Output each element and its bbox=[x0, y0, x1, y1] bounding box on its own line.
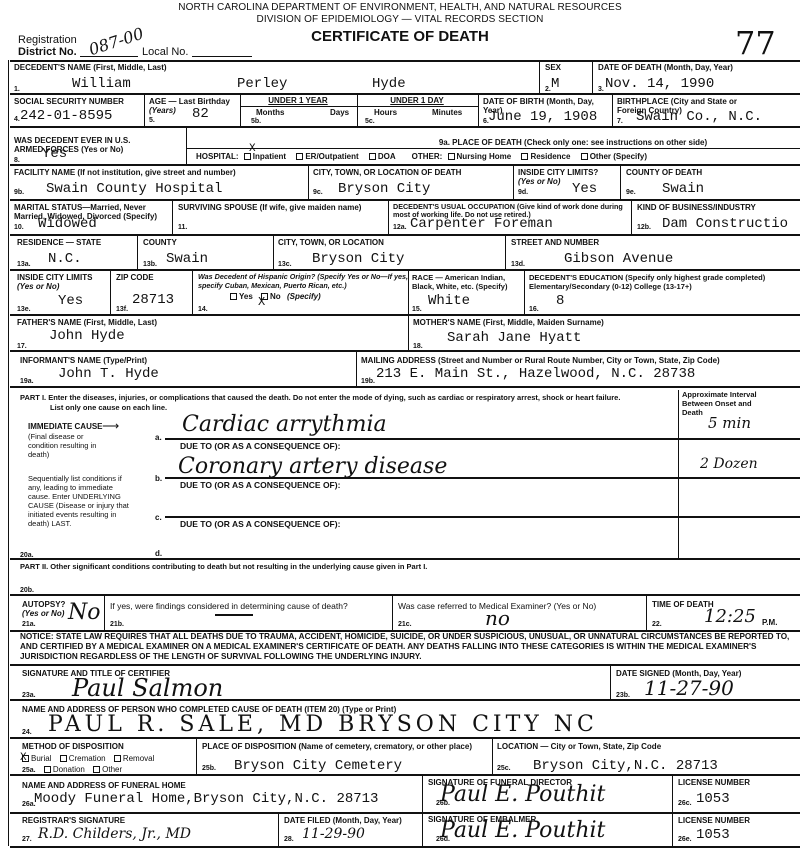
disposition-place-num: 25b. bbox=[202, 765, 216, 772]
date-filed-num: 28. bbox=[284, 836, 294, 843]
burial-mark: X bbox=[20, 752, 27, 764]
months-num: 5b. bbox=[251, 118, 261, 125]
date-filed-value[interactable]: 11-29-90 bbox=[302, 826, 365, 842]
divider bbox=[356, 350, 357, 386]
frame-bottom bbox=[10, 846, 800, 848]
industry-label: KIND OF BUSINESS/INDUSTRY bbox=[637, 203, 756, 212]
location-num: 25c. bbox=[497, 765, 511, 772]
row-line bbox=[10, 164, 800, 166]
frame-top bbox=[10, 60, 800, 62]
birthplace-num: 7. bbox=[617, 118, 623, 125]
inside-limits-value[interactable]: Yes bbox=[572, 181, 597, 197]
due-to-b: DUE TO (OR AS A CONSEQUENCE OF): bbox=[180, 481, 340, 490]
days-label: Days bbox=[330, 108, 349, 117]
row-line bbox=[10, 737, 800, 739]
donation-checkbox[interactable] bbox=[44, 766, 51, 773]
inside-limits-sub: (Yes or No) bbox=[518, 177, 560, 186]
row-line bbox=[10, 126, 800, 128]
method-num: 25a. bbox=[22, 767, 36, 774]
inside-limits-num: 9d. bbox=[518, 189, 528, 196]
location-value[interactable]: Bryson City,N.C. 28713 bbox=[533, 758, 718, 774]
industry-value[interactable]: Dam Constructio bbox=[662, 216, 788, 232]
sequential-text: Sequentially list conditions if any, lea… bbox=[28, 474, 133, 528]
father-label: FATHER'S NAME (First, Middle, Last) bbox=[17, 318, 157, 327]
referred-num: 21c. bbox=[398, 621, 412, 628]
date-signed-value[interactable]: 11-27-90 bbox=[644, 676, 734, 700]
director-license-value[interactable]: 1053 bbox=[696, 791, 730, 807]
zip-value[interactable]: 28713 bbox=[132, 292, 174, 308]
autopsy-label: AUTOPSY? bbox=[22, 600, 65, 609]
age-value[interactable]: 82 bbox=[192, 106, 209, 122]
divider bbox=[273, 234, 274, 269]
middle-name[interactable]: Perley bbox=[237, 76, 287, 92]
under-1-day-label: UNDER 1 DAY bbox=[357, 96, 477, 105]
dod-label: DATE OF DEATH (Month, Day, Year) bbox=[598, 63, 733, 72]
cremation-label: Cremation bbox=[69, 754, 106, 763]
registrar-label: REGISTRAR'S SIGNATURE bbox=[22, 816, 125, 825]
removal-label: Removal bbox=[123, 754, 155, 763]
disposition-place-label: PLACE OF DISPOSITION (Name of cemetery, … bbox=[202, 742, 472, 751]
informant-value[interactable]: John T. Hyde bbox=[58, 366, 159, 382]
divider bbox=[388, 199, 389, 234]
inpatient-label: Inpatient bbox=[253, 152, 286, 161]
handwritten-number: 77 bbox=[735, 24, 776, 62]
autopsy-value[interactable]: No bbox=[68, 600, 101, 625]
education-num: 16. bbox=[529, 306, 539, 313]
res-limits-num: 13e. bbox=[17, 306, 31, 313]
divider bbox=[478, 93, 479, 126]
embalmer-signature[interactable]: Paul E. Pouthit bbox=[440, 818, 605, 843]
line-b-letter: b. bbox=[155, 474, 162, 483]
divider bbox=[408, 269, 409, 314]
inpatient-mark: X bbox=[249, 143, 256, 155]
first-name[interactable]: William bbox=[72, 76, 131, 92]
age-num: 5. bbox=[149, 117, 155, 124]
time-value[interactable]: 12:25 bbox=[704, 606, 756, 627]
mailing-value[interactable]: 213 E. Main St., Hazelwood, N.C. 28738 bbox=[376, 366, 695, 382]
facility-num: 9b. bbox=[14, 189, 24, 196]
education-value[interactable]: 8 bbox=[556, 293, 564, 309]
race-value[interactable]: White bbox=[428, 293, 470, 309]
findings-label: If yes, were findings considered in dete… bbox=[110, 602, 348, 611]
residence-label: Residence bbox=[530, 152, 570, 161]
divider bbox=[196, 737, 197, 774]
marital-num: 10. bbox=[14, 224, 24, 231]
divider bbox=[192, 269, 193, 314]
city-death-num: 9c. bbox=[313, 189, 323, 196]
time-num: 22. bbox=[652, 621, 662, 628]
agency-line-2: DIVISION OF EPIDEMIOLOGY — VITAL RECORDS… bbox=[0, 14, 800, 25]
doa-checkbox[interactable] bbox=[369, 153, 376, 160]
divider bbox=[631, 199, 632, 234]
row-line bbox=[10, 386, 800, 388]
director-license-label: LICENSE NUMBER bbox=[678, 778, 750, 787]
line-a-rule bbox=[165, 438, 800, 440]
date-filed-label: DATE FILED (Month, Day, Year) bbox=[284, 816, 402, 825]
divider bbox=[172, 199, 173, 234]
ssn-num: 4. bbox=[14, 116, 20, 123]
num-20b: 20b. bbox=[20, 587, 34, 594]
divider bbox=[104, 594, 105, 630]
city-death-label: CITY, TOWN, OR LOCATION OF DEATH bbox=[313, 168, 461, 177]
row-line bbox=[10, 812, 800, 814]
divider bbox=[620, 164, 621, 199]
autopsy-num: 21a. bbox=[22, 621, 36, 628]
hours-num: 5c. bbox=[365, 118, 375, 125]
ssn-label: SOCIAL SECURITY NUMBER bbox=[14, 97, 124, 106]
under-1-year-label: UNDER 1 YEAR bbox=[240, 96, 356, 105]
date-signed-num: 23b. bbox=[616, 692, 630, 699]
res-street-label: STREET AND NUMBER bbox=[511, 238, 599, 247]
mother-value[interactable]: Sarah Jane Hyatt bbox=[447, 330, 581, 346]
er-label: ER/Outpatient bbox=[305, 152, 358, 161]
county-death-value[interactable]: Swain bbox=[662, 181, 704, 197]
facility-label: FACILITY NAME (If not institution, give … bbox=[14, 168, 236, 177]
hospital-label: HOSPITAL: bbox=[196, 152, 239, 161]
county-death-label: COUNTY OF DEATH bbox=[626, 168, 702, 177]
industry-num: 12b. bbox=[637, 224, 651, 231]
zip-label: ZIP CODE bbox=[116, 273, 154, 282]
divider bbox=[612, 93, 613, 126]
divider bbox=[505, 234, 506, 269]
method-options-row1: Burial Cremation Removal bbox=[22, 754, 154, 763]
inside-limits-label: INSIDE CITY LIMITS? bbox=[518, 168, 598, 177]
other-specify-label: Other (Specify) bbox=[590, 152, 647, 161]
father-value[interactable]: John Hyde bbox=[49, 328, 125, 344]
row-line bbox=[10, 199, 800, 201]
sex-label: SEX bbox=[545, 63, 561, 72]
divider bbox=[278, 812, 279, 846]
res-city-value[interactable]: Bryson City bbox=[312, 251, 404, 267]
divider bbox=[144, 93, 145, 126]
interval-a[interactable]: 5 min bbox=[708, 414, 751, 432]
line-d-letter: d. bbox=[155, 549, 162, 558]
ssn-value[interactable]: 242-01-8595 bbox=[20, 108, 112, 124]
res-city-label: CITY, TOWN, OR LOCATION bbox=[278, 238, 384, 247]
cause-line-a[interactable]: Cardiac arrythmia bbox=[182, 412, 387, 437]
row-line bbox=[10, 269, 800, 271]
sub-line bbox=[186, 148, 800, 149]
notice-text: NOTICE: STATE LAW REQUIRES THAT ALL DEAT… bbox=[20, 632, 800, 662]
mother-label: MOTHER'S NAME (First, Middle, Maiden Sur… bbox=[413, 318, 604, 327]
res-street-value[interactable]: Gibson Avenue bbox=[564, 251, 673, 267]
immediate-label: IMMEDIATE CAUSE bbox=[28, 422, 103, 431]
res-street-num: 13d. bbox=[511, 261, 525, 268]
doa-label: DOA bbox=[378, 152, 395, 161]
removal-checkbox[interactable] bbox=[114, 755, 121, 762]
part1-text: PART I. Enter the diseases, injuries, or… bbox=[20, 393, 620, 402]
armed-label: WAS DECEDENT EVER IN U.S. ARMED FORCES (… bbox=[14, 136, 154, 154]
district-label: District No. bbox=[18, 46, 77, 58]
city-death-value[interactable]: Bryson City bbox=[338, 181, 430, 197]
district-underline bbox=[80, 56, 138, 57]
other-checkbox[interactable] bbox=[581, 153, 588, 160]
occupation-num: 12a. bbox=[393, 224, 407, 231]
education-label: DECEDENT'S EDUCATION (Specify only highe… bbox=[529, 273, 791, 291]
nursing-label: Nursing Home bbox=[457, 152, 512, 161]
divider bbox=[672, 774, 673, 846]
armed-value[interactable]: Yes bbox=[42, 146, 67, 162]
res-limits-sub: (Yes or No) bbox=[17, 282, 59, 291]
mailing-label: MAILING ADDRESS (Street and Number or Ru… bbox=[361, 356, 720, 365]
res-limits-label: INSIDE CITY LIMITS bbox=[17, 273, 92, 282]
divider bbox=[513, 164, 514, 199]
place-options: HOSPITAL: Inpatient ER/Outpatient DOA OT… bbox=[196, 152, 647, 161]
informant-label: INFORMANT'S NAME (Type/Print) bbox=[20, 356, 147, 365]
location-label: LOCATION — City or Town, State, Zip Code bbox=[497, 742, 661, 751]
row-line bbox=[10, 774, 800, 776]
cause-line-b[interactable]: Coronary artery disease bbox=[178, 454, 447, 479]
hispanic-options: Yes No (Specify) bbox=[230, 292, 321, 301]
father-num: 17. bbox=[17, 343, 27, 350]
sex-value[interactable]: M bbox=[551, 76, 559, 92]
place-label: 9a. PLACE OF DEATH (Check only one: see … bbox=[186, 138, 800, 147]
res-city-num: 13c. bbox=[278, 261, 292, 268]
director-signature[interactable]: Paul E. Pouthit bbox=[440, 782, 605, 807]
dod-value[interactable]: Nov. 14, 1990 bbox=[605, 76, 714, 92]
row-line bbox=[10, 699, 800, 701]
hispanic-label: Was Decedent of Hispanic Origin? (Specif… bbox=[198, 273, 408, 290]
agency-line-1: NORTH CAROLINA DEPARTMENT OF ENVIRONMENT… bbox=[0, 2, 800, 13]
sex-num: 2. bbox=[545, 86, 551, 93]
informant-num: 19a. bbox=[20, 378, 34, 385]
birthplace-value[interactable]: Swain Co., N.C. bbox=[636, 109, 762, 125]
cremation-checkbox[interactable] bbox=[60, 755, 67, 762]
line-a-letter: a. bbox=[155, 433, 162, 442]
method-label: METHOD OF DISPOSITION bbox=[22, 742, 124, 751]
certifier-signature[interactable]: Paul Salmon bbox=[72, 674, 223, 702]
divider bbox=[610, 664, 611, 699]
other-label: OTHER: bbox=[412, 152, 443, 161]
hispanic-no-label: No bbox=[270, 292, 281, 301]
divider bbox=[539, 60, 540, 93]
local-underline[interactable] bbox=[192, 56, 252, 57]
armed-num: 8. bbox=[14, 157, 20, 164]
due-to-c: DUE TO (OR AS A CONSEQUENCE OF): bbox=[180, 520, 340, 529]
autopsy-sub: (Yes or No) bbox=[22, 609, 64, 618]
other-disposition-checkbox[interactable] bbox=[93, 766, 100, 773]
row-line bbox=[10, 664, 800, 666]
sub-line bbox=[240, 106, 478, 107]
marital-value[interactable]: Widowed bbox=[38, 216, 97, 232]
res-county-num: 13b. bbox=[143, 261, 157, 268]
director-license-num: 26c. bbox=[678, 800, 692, 807]
minutes-label: Minutes bbox=[432, 108, 462, 117]
county-death-num: 9e. bbox=[626, 189, 636, 196]
line-c-letter: c. bbox=[155, 513, 162, 522]
hispanic-num: 14. bbox=[198, 306, 208, 313]
res-county-value[interactable]: Swain bbox=[166, 251, 208, 267]
hispanic-yes-label: Yes bbox=[239, 292, 253, 301]
part2-text: PART II. Other significant conditions co… bbox=[20, 562, 427, 571]
funeral-home-value[interactable]: Moody Funeral Home,Bryson City,N.C. 2871… bbox=[34, 791, 378, 807]
res-limits-value[interactable]: Yes bbox=[58, 293, 83, 309]
res-state-value[interactable]: N.C. bbox=[48, 251, 82, 267]
er-checkbox[interactable] bbox=[296, 153, 303, 160]
line-b-rule bbox=[165, 477, 800, 479]
burial-label: Burial bbox=[31, 754, 51, 763]
divider bbox=[592, 60, 593, 93]
interval-divider bbox=[678, 390, 679, 558]
divider bbox=[524, 269, 525, 314]
interval-b[interactable]: 2 Dozen bbox=[700, 456, 758, 472]
months-label: Months bbox=[256, 108, 284, 117]
immediate-sub: (Final disease or condition resulting in… bbox=[28, 432, 108, 459]
donation-label: Donation bbox=[53, 765, 85, 774]
part2-rule[interactable] bbox=[10, 594, 800, 596]
name-num: 1. bbox=[14, 86, 20, 93]
hours-label: Hours bbox=[374, 108, 397, 117]
row-line bbox=[10, 234, 800, 236]
referred-value[interactable]: no bbox=[485, 606, 510, 630]
hispanic-yes-checkbox[interactable] bbox=[230, 293, 237, 300]
frame-left bbox=[8, 60, 9, 846]
divider bbox=[646, 594, 647, 630]
zip-num: 13f. bbox=[116, 306, 128, 313]
age-label: AGE — Last Birthday bbox=[149, 97, 230, 106]
race-label: RACE — American Indian, Black, White, et… bbox=[412, 273, 522, 291]
divider bbox=[137, 234, 138, 269]
dod-num: 3. bbox=[598, 86, 604, 93]
findings-num: 21b. bbox=[110, 621, 124, 628]
embalmer-license-value[interactable]: 1053 bbox=[696, 827, 730, 843]
hispanic-specify: (Specify) bbox=[287, 292, 321, 301]
disposition-place-value[interactable]: Bryson City Cemetery bbox=[234, 758, 402, 774]
divider bbox=[308, 164, 309, 199]
local-label: Local No. bbox=[142, 46, 188, 58]
completed-num: 24. bbox=[22, 729, 32, 736]
dob-value[interactable]: June 19, 1908 bbox=[488, 109, 597, 125]
time-suffix: P.M. bbox=[762, 618, 777, 627]
line-c-rule[interactable] bbox=[165, 516, 800, 518]
divider bbox=[408, 314, 409, 350]
res-county-label: COUNTY bbox=[143, 238, 177, 247]
part1-text2: List only one cause on each line. bbox=[50, 403, 167, 412]
age-sub: (Years) bbox=[149, 106, 176, 115]
row-line bbox=[10, 350, 800, 352]
findings-dash bbox=[215, 614, 253, 616]
row-line bbox=[10, 93, 800, 95]
other-disposition-label: Other bbox=[102, 765, 122, 774]
occupation-value[interactable]: Carpenter Foreman bbox=[410, 216, 553, 232]
registrar-signature[interactable]: R.D. Childers, Jr., MD bbox=[38, 826, 191, 842]
name-label: DECEDENT'S NAME (First, Middle, Last) bbox=[14, 63, 167, 72]
line-d-rule[interactable] bbox=[10, 558, 800, 560]
funeral-home-label: NAME AND ADDRESS OF FUNERAL HOME bbox=[22, 781, 186, 790]
mother-num: 18. bbox=[413, 343, 423, 350]
row-line bbox=[10, 314, 800, 316]
embalmer-license-num: 26e. bbox=[678, 836, 692, 843]
race-num: 15. bbox=[412, 306, 422, 313]
registrar-num: 27. bbox=[22, 836, 32, 843]
divider bbox=[392, 594, 393, 630]
nursing-checkbox[interactable] bbox=[448, 153, 455, 160]
due-to-a: DUE TO (OR AS A CONSEQUENCE OF): bbox=[180, 442, 340, 451]
residence-checkbox[interactable] bbox=[521, 153, 528, 160]
divider bbox=[422, 774, 423, 812]
last-name[interactable]: Hyde bbox=[372, 76, 406, 92]
divider bbox=[422, 812, 423, 846]
interval-label: Approximate Interval Between Onset and D… bbox=[682, 390, 772, 417]
certifier-sig-num: 23a. bbox=[22, 692, 36, 699]
arrow-icon: ⟶ bbox=[102, 422, 119, 430]
mailing-num: 19b. bbox=[361, 378, 375, 385]
res-state-label: RESIDENCE — STATE bbox=[17, 238, 101, 247]
facility-value[interactable]: Swain County Hospital bbox=[46, 181, 222, 197]
res-state-num: 13a. bbox=[17, 261, 31, 268]
completed-value[interactable]: PAUL R. SALE, MD BRYSON CITY NC bbox=[48, 712, 598, 737]
embalmer-license-label: LICENSE NUMBER bbox=[678, 816, 750, 825]
divider bbox=[492, 737, 493, 774]
divider bbox=[110, 269, 111, 314]
spouse-num: 11. bbox=[178, 224, 187, 231]
registration-label: Registration bbox=[18, 34, 77, 46]
spouse-label: SURVIVING SPOUSE (If wife, give maiden n… bbox=[178, 203, 361, 212]
hispanic-no-mark: X bbox=[258, 295, 265, 309]
